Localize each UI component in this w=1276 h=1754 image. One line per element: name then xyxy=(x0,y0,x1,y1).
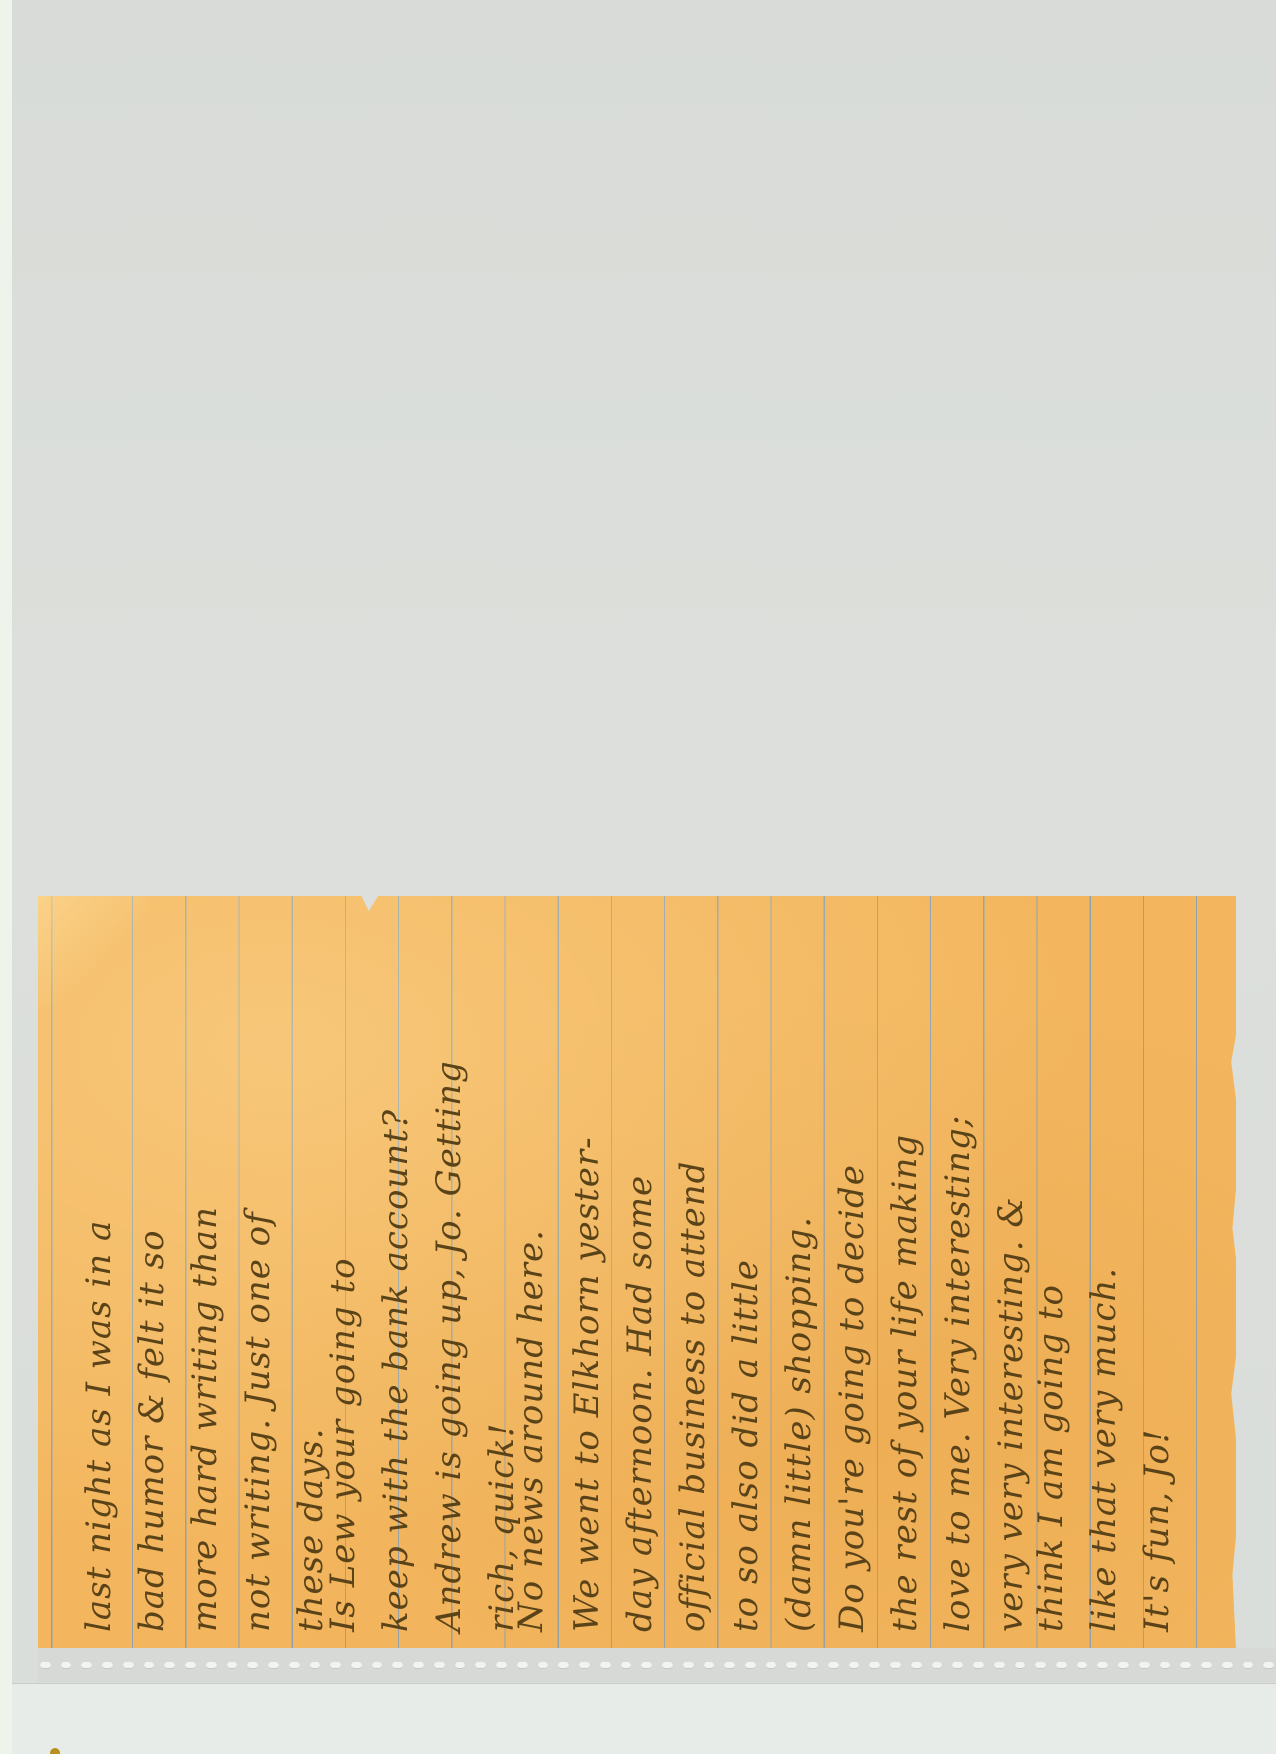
seal-dot xyxy=(994,1662,1005,1669)
seal-dot xyxy=(724,1662,735,1669)
seal-dot xyxy=(621,1662,632,1669)
seal-dot xyxy=(786,1662,797,1669)
letter-line: No news around here. xyxy=(514,912,548,1632)
seal-dot xyxy=(1180,1662,1191,1669)
seal-dot xyxy=(1118,1662,1129,1669)
seal-dot xyxy=(310,1662,321,1669)
seal-dot xyxy=(704,1662,715,1669)
seal-dot xyxy=(81,1662,92,1669)
letter-page: last night as I was in a bad humor & fel… xyxy=(38,896,1236,1650)
letter-line: Andrew is going up, Jo. Getting xyxy=(432,912,466,1632)
seal-dot xyxy=(579,1662,590,1669)
seal-dot xyxy=(828,1662,839,1669)
letter-line: keep with the bank account? xyxy=(379,912,413,1632)
seal-dot xyxy=(40,1662,51,1669)
seal-dot xyxy=(434,1662,445,1669)
handwritten-text: last night as I was in a bad humor & fel… xyxy=(38,896,1236,1650)
seal-dot xyxy=(641,1662,652,1669)
seal-dot xyxy=(475,1662,486,1669)
letter-line: bad humor & felt it so xyxy=(135,912,169,1632)
seal-dot xyxy=(538,1662,549,1669)
letter-line: more hard writing than xyxy=(188,912,222,1632)
seal-dot xyxy=(1015,1662,1026,1669)
letter-line: day afternoon. Had some xyxy=(623,912,657,1632)
seal-dot xyxy=(247,1662,258,1669)
seal-dot xyxy=(413,1662,424,1669)
seal-dot xyxy=(911,1662,922,1669)
seal-dot xyxy=(1056,1662,1067,1669)
sleeve-seal-strip xyxy=(38,1648,1276,1682)
letter-line: (damn little) shopping. xyxy=(782,912,816,1632)
seal-dot xyxy=(1201,1662,1212,1669)
letter-line: think I am going to xyxy=(1034,912,1068,1632)
letter-line: the rest of your life making xyxy=(888,912,922,1632)
seal-dot xyxy=(683,1662,694,1669)
seal-dot xyxy=(973,1662,984,1669)
seal-dot xyxy=(372,1662,383,1669)
scanner-edge xyxy=(0,0,12,1754)
seal-dot xyxy=(164,1662,175,1669)
seal-dot xyxy=(1222,1662,1233,1669)
seal-dot xyxy=(517,1662,528,1669)
seal-dot xyxy=(268,1662,279,1669)
seal-dot xyxy=(61,1662,72,1669)
seal-dot xyxy=(392,1662,403,1669)
letter-line: love to me. Very interesting; xyxy=(941,912,975,1632)
seal-dot xyxy=(952,1662,963,1669)
seal-dot xyxy=(849,1662,860,1669)
seal-dot xyxy=(496,1662,507,1669)
letter-line: to so also did a little xyxy=(729,912,763,1632)
seal-dot xyxy=(1139,1662,1150,1669)
seal-dot xyxy=(330,1662,341,1669)
seal-dot xyxy=(1077,1662,1088,1669)
seal-dot xyxy=(662,1662,673,1669)
seal-dot xyxy=(185,1662,196,1669)
seal-dot xyxy=(102,1662,113,1669)
letter-line: not writing. Just one of xyxy=(241,912,275,1632)
seal-dot xyxy=(1243,1662,1254,1669)
letter-line: Do you're going to decide xyxy=(835,912,869,1632)
seal-dot xyxy=(123,1662,134,1669)
seal-dot xyxy=(351,1662,362,1669)
seal-dot xyxy=(144,1662,155,1669)
seal-dot xyxy=(206,1662,217,1669)
seal-dot xyxy=(745,1662,756,1669)
letter-line: It's fun, Jo! xyxy=(1140,912,1174,1632)
seal-dot xyxy=(1160,1662,1171,1669)
seal-dot xyxy=(932,1662,943,1669)
seal-dot xyxy=(890,1662,901,1669)
letter-line: official business to attend xyxy=(676,912,710,1632)
seal-dot xyxy=(1263,1662,1274,1669)
seal-dot xyxy=(600,1662,611,1669)
seal-dot xyxy=(558,1662,569,1669)
letter-line: We went to Elkhorn yester- xyxy=(570,912,604,1632)
letter-line: Is Lew your going to xyxy=(326,912,360,1632)
letter-line: very very interesting. & xyxy=(994,912,1028,1632)
seal-dot xyxy=(1097,1662,1108,1669)
scan-mark xyxy=(50,1748,60,1754)
seal-dot xyxy=(227,1662,238,1669)
seal-dot xyxy=(289,1662,300,1669)
seal-dot xyxy=(807,1662,818,1669)
seal-dot xyxy=(1035,1662,1046,1669)
letter-line: last night as I was in a xyxy=(82,912,116,1632)
seal-dot xyxy=(766,1662,777,1669)
letter-line: like that very much. xyxy=(1087,912,1121,1632)
seal-dot xyxy=(455,1662,466,1669)
seal-dot xyxy=(869,1662,880,1669)
